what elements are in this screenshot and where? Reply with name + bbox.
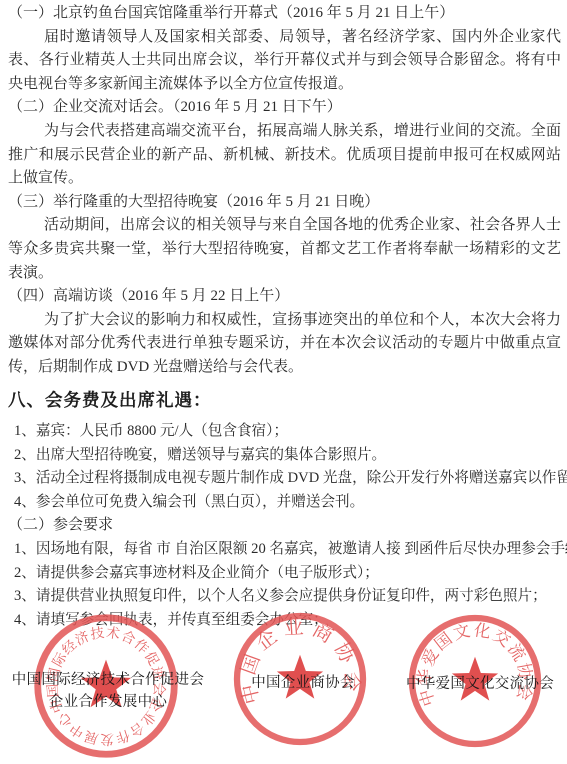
seal-caption-1-line-1: 中国国际经济技术合作促进会 <box>8 670 208 692</box>
fee-item-1: 1、嘉宾：人民币 8800 元/人（包含食宿）； <box>14 420 561 444</box>
section-paragraph-4: 为了扩大会议的影响力和权威性，宣扬事迹突出的单位和个人，本次大会将力邀媒体对部分… <box>8 309 561 380</box>
requirement-item-2: 2、请提供参会嘉宾事迹材料及企业简介（电子版形式）； <box>14 562 561 586</box>
section-heading-4: （四）高端访谈（2016 年 5 月 22 日上午） <box>8 285 561 309</box>
requirements-heading: （二）参会要求 <box>8 514 561 538</box>
seal-caption-1: 中国国际经济技术合作促进会 企业合作发展中心 <box>8 670 208 713</box>
seal-caption-1-line-2: 企业合作发展中心 <box>8 692 208 714</box>
section-heading-1: （一）北京钓鱼台国宾馆隆重举行开幕式（2016 年 5 月 21 日上午） <box>8 2 561 26</box>
fee-item-2: 2、出席大型招待晚宴，赠送领导与嘉宾的集体合影照片。 <box>14 444 561 468</box>
requirement-item-3: 3、请提供营业执照复印件，以个人名义参会应提供身份证复印件，两寸彩色照片； <box>14 585 561 609</box>
fee-item-4: 4、参会单位可免费入编会刊（黑白页），并赠送会刊。 <box>14 491 561 515</box>
document-page: （一）北京钓鱼台国宾馆隆重举行开幕式（2016 年 5 月 21 日上午） 届时… <box>0 0 567 764</box>
requirement-item-1: 1、因场地有限，每省 市 自治区限额 20 名嘉宾，被邀请人接 到函件后尽快办理… <box>14 538 561 562</box>
section-paragraph-1: 届时邀请领导人及国家相关部委、局领导，著名经济学家、国内外企业家代表、各行业精英… <box>8 26 561 97</box>
seal-caption-3-line-1: 中华爱国文化交流协会 <box>396 674 564 696</box>
seal-caption-2: 中国企业商协会 <box>224 673 382 695</box>
section-paragraph-2: 为与会代表搭建高端交流平台，拓展高端人脉关系，增进行业间的交流。全面推广和展示民… <box>8 120 561 191</box>
section-heading-2: （二）企业交流对话会。（2016 年 5 月 21 日下午） <box>8 96 561 120</box>
fee-item-3: 3、活动全过程将摄制成电视专题片制作成 DVD 光盘，除公开发行外将赠送嘉宾以作… <box>14 467 561 491</box>
section-heading-3: （三）举行隆重的大型招待晚宴（2016 年 5 月 21 日晚） <box>8 191 561 215</box>
fees-section-title: 八、会务费及出席礼遇： <box>8 389 561 413</box>
seal-caption-2-line-1: 中国企业商协会 <box>224 673 382 695</box>
document-body: （一）北京钓鱼台国宾馆隆重举行开幕式（2016 年 5 月 21 日上午） 届时… <box>8 2 561 632</box>
section-paragraph-3: 活动期间，出席会议的相关领导与来自全国各地的优秀企业家、社会各界人士等众多贵宾共… <box>8 214 561 285</box>
seal-caption-3: 中华爱国文化交流协会 <box>396 674 564 696</box>
